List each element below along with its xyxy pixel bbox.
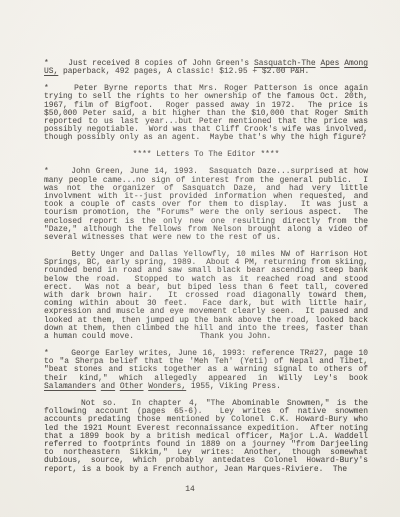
news-item-patterson-film: * Peter Byrne reports that Mrs. Roger Pa… — [44, 85, 368, 142]
letter-earley-ley-account: Not so. In chapter 4, "The Abominable Sn… — [44, 400, 368, 474]
underlined-book-title: and — [101, 382, 115, 391]
underlined-book-title: Among — [344, 59, 368, 68]
underlined-book-title: Other — [120, 382, 144, 391]
letter-george-earley: * George Earley writes, June 16, 1993: r… — [44, 350, 368, 391]
text-line: though possibly only as an agent. Maybe … — [44, 134, 368, 142]
letter-unger-yellowfly-sighting: Betty Unger and Dallas Yellowfly, 10 mil… — [44, 251, 368, 341]
news-item-john-green-book: * Just received 8 copies of John Green's… — [44, 60, 368, 76]
text-line: a human could move. Thank you John. — [44, 333, 368, 341]
underlined-book-title: Wonders, — [148, 382, 186, 391]
letter-john-green: * John Green, June 14, 1993. Sasquatch D… — [44, 168, 368, 242]
text-line: report, is a book by a French author, Je… — [44, 466, 368, 474]
text-line: **** Letters To The Editor **** — [44, 151, 368, 159]
underlined-book-title: Apes — [320, 59, 339, 68]
text-line: several witnesses that were new to the r… — [44, 234, 368, 242]
page-body: * Just received 8 copies of John Green's… — [44, 60, 368, 483]
text-line: Salamanders and Other Wonders, 1955, Vik… — [44, 383, 368, 391]
page-number: 14 — [0, 486, 380, 494]
text-line: US, paperback, 492 pages, A classic! $12… — [44, 68, 368, 76]
scanned-newsletter-page: * Just received 8 copies of John Green's… — [0, 0, 400, 517]
underlined-book-title: Salamanders — [44, 382, 96, 391]
underlined-book-title: US, — [44, 67, 58, 76]
letters-to-the-editor-heading: **** Letters To The Editor **** — [44, 151, 368, 159]
